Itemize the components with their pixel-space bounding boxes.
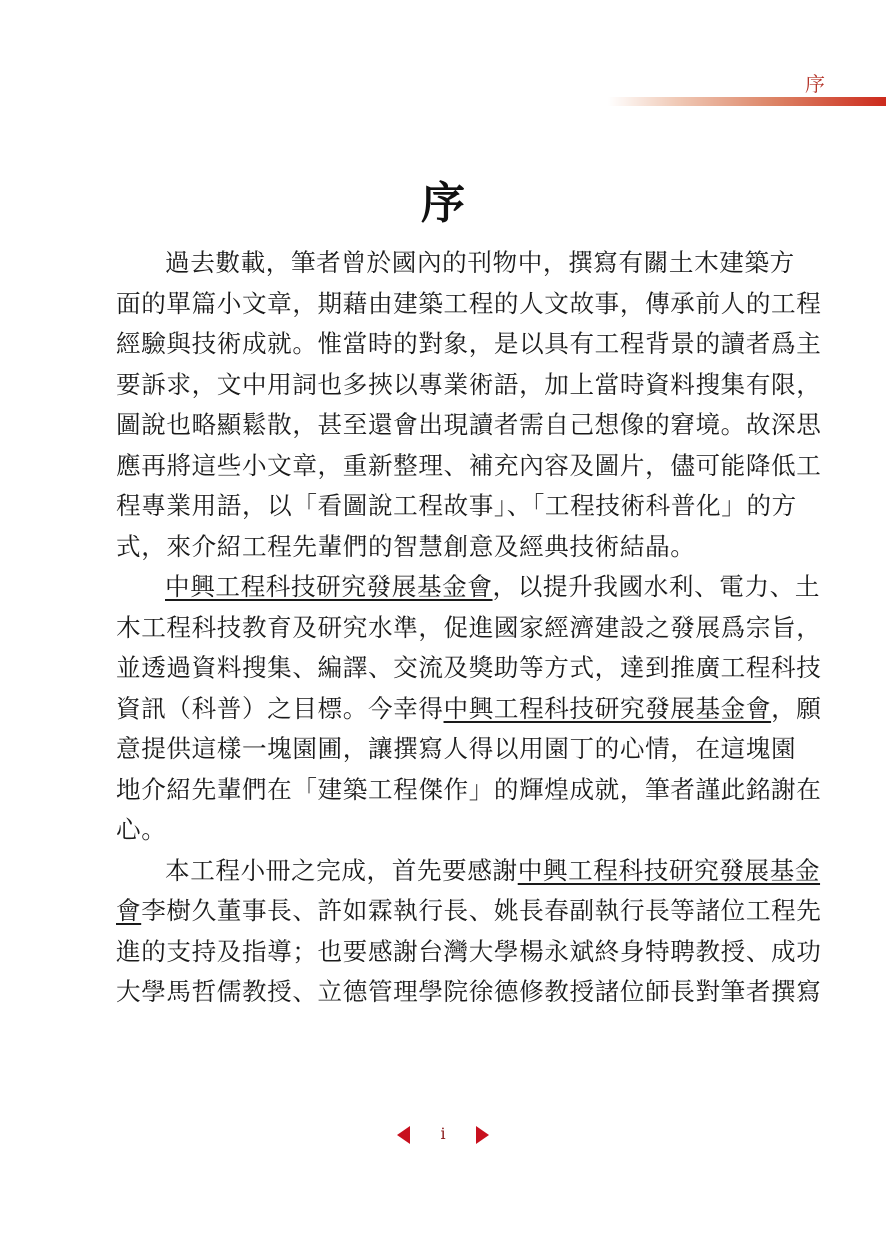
foundation-name-underlined: 會 <box>116 896 141 925</box>
text-line: 地介紹先輩們在「建築工程傑作」的輝煌成就，筆者謹此銘謝在 <box>116 770 772 811</box>
foundation-name-underlined: 中興工程科技研究發展基金會 <box>444 694 772 723</box>
page-navigation: i <box>0 1123 886 1149</box>
line-text: ，以提升我國水利、電力、土 <box>493 572 821 601</box>
next-page-arrow-icon[interactable] <box>476 1126 489 1144</box>
text-line: 進的支持及指導；也要感謝台灣大學楊永斌終身特聘教授、成功 <box>116 932 772 973</box>
paragraph-2: 中興工程科技研究發展基金會，以提升我國水利、電力、土 木工程科技教育及研究水準，… <box>116 567 772 851</box>
line-text: 李樹久董事長、許如霖執行長、姚長春副執行長等諸位工程先 <box>141 896 821 925</box>
text-line: 程專業用語，以「看圖說工程故事」、「工程技術科普化」的方 <box>116 486 772 527</box>
line-text: 本工程小冊之完成，首先要感謝 <box>165 856 518 885</box>
text-line: 木工程科技教育及研究水準，促進國家經濟建設之發展爲宗旨， <box>116 608 772 649</box>
paragraph-3: 本工程小冊之完成，首先要感謝中興工程科技研究發展基金 會李樹久董事長、許如霖執行… <box>116 851 772 1013</box>
text-line: 要訴求，文中用詞也多挾以專業術語，加上當時資料搜集有限， <box>116 365 772 406</box>
header-gradient-bar <box>608 97 886 106</box>
text-line: 資訊（科普）之目標。今幸得中興工程科技研究發展基金會，願 <box>116 689 772 730</box>
text-line: 應再將這些小文章，重新整理、補充內容及圖片，儘可能降低工 <box>116 446 772 487</box>
page-title: 序 <box>0 178 886 230</box>
paragraph-1: 過去數載，筆者曾於國內的刊物中，撰寫有關土木建築方 面的單篇小文章，期藉由建築工… <box>116 243 772 567</box>
text-line: 面的單篇小文章，期藉由建築工程的人文故事，傳承前人的工程 <box>116 284 772 325</box>
foundation-name-underlined: 中興工程科技研究發展基金會 <box>165 572 493 601</box>
text-line: 心。 <box>116 810 772 851</box>
text-line: 本工程小冊之完成，首先要感謝中興工程科技研究發展基金 <box>116 851 772 892</box>
text-line: 意提供這樣一塊園圃，讓撰寫人得以用園丁的心情，在這塊園 <box>116 729 772 770</box>
preface-body: 過去數載，筆者曾於國內的刊物中，撰寫有關土木建築方 面的單篇小文章，期藉由建築工… <box>116 243 772 1013</box>
text-line: 中興工程科技研究發展基金會，以提升我國水利、電力、土 <box>116 567 772 608</box>
text-line: 過去數載，筆者曾於國內的刊物中，撰寫有關土木建築方 <box>116 243 772 284</box>
text-line: 大學馬哲儒教授、立德管理學院徐德修教授諸位師長對筆者撰寫 <box>116 972 772 1013</box>
text-line: 經驗與技術成就。惟當時的對象，是以具有工程背景的讀者爲主 <box>116 324 772 365</box>
foundation-name-underlined: 中興工程科技研究發展基金 <box>518 856 820 885</box>
text-line: 並透過資料搜集、編譯、交流及獎助等方式，達到推廣工程科技 <box>116 648 772 689</box>
prev-page-arrow-icon[interactable] <box>397 1126 410 1144</box>
text-line: 會李樹久董事長、許如霖執行長、姚長春副執行長等諸位工程先 <box>116 891 772 932</box>
text-line: 式，來介紹工程先輩們的智慧創意及經典技術結晶。 <box>116 527 772 568</box>
line-text: 資訊（科普）之目標。今幸得 <box>116 694 444 723</box>
page-number: i <box>436 1123 450 1145</box>
text-line: 圖說也略顯鬆散，甚至還會出現讀者需自己想像的窘境。故深思 <box>116 405 772 446</box>
line-text: ，願 <box>771 694 821 723</box>
running-header-title: 序 <box>805 70 825 98</box>
